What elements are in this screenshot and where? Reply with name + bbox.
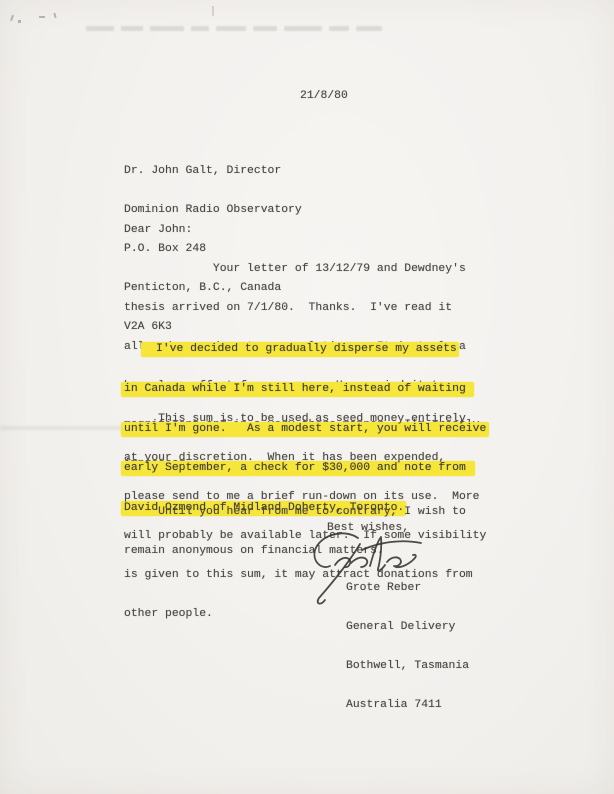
pencil-mark: [18, 20, 21, 23]
letter-paper: 21/8/80 Dr. John Galt, Director Dominion…: [0, 0, 614, 794]
pencil-mark: [39, 16, 45, 18]
signature-block: Grote Reber General Delivery Bothwell, T…: [346, 556, 469, 738]
body-line: thesis arrived on 7/1/80. Thanks. I've r…: [124, 302, 479, 315]
signature-line: General Delivery: [346, 621, 469, 634]
faint-stamp: [86, 25, 382, 31]
pencil-mark: [212, 6, 214, 16]
letter-date: 21/8/80: [300, 90, 348, 103]
signature-line: Australia 7411: [346, 699, 469, 712]
signature-line: Bothwell, Tasmania: [346, 660, 469, 673]
recipient-line: Dr. John Galt, Director: [124, 165, 302, 178]
body-line: Until you hear from me to contrary, I wi…: [124, 506, 466, 519]
body-line: at your discretion. When it has been exp…: [124, 452, 486, 465]
body-line: Your letter of 13/12/79 and Dewdney's: [124, 263, 479, 276]
highlighted-line: I've decided to gradually disperse my as…: [124, 343, 489, 356]
scan-artifact-streak: [0, 426, 125, 430]
pencil-mark: [53, 13, 56, 18]
recipient-line: Dominion Radio Observatory: [124, 204, 302, 217]
scanned-letter-screenshot: { "letter": { "date": "21/8/80", "recipi…: [0, 0, 614, 794]
pencil-mark: [10, 15, 14, 21]
signature-line: Grote Reber: [346, 582, 469, 595]
body-line: This sum is to be used as seed money ent…: [124, 413, 486, 426]
salutation: Dear John:: [124, 224, 192, 237]
